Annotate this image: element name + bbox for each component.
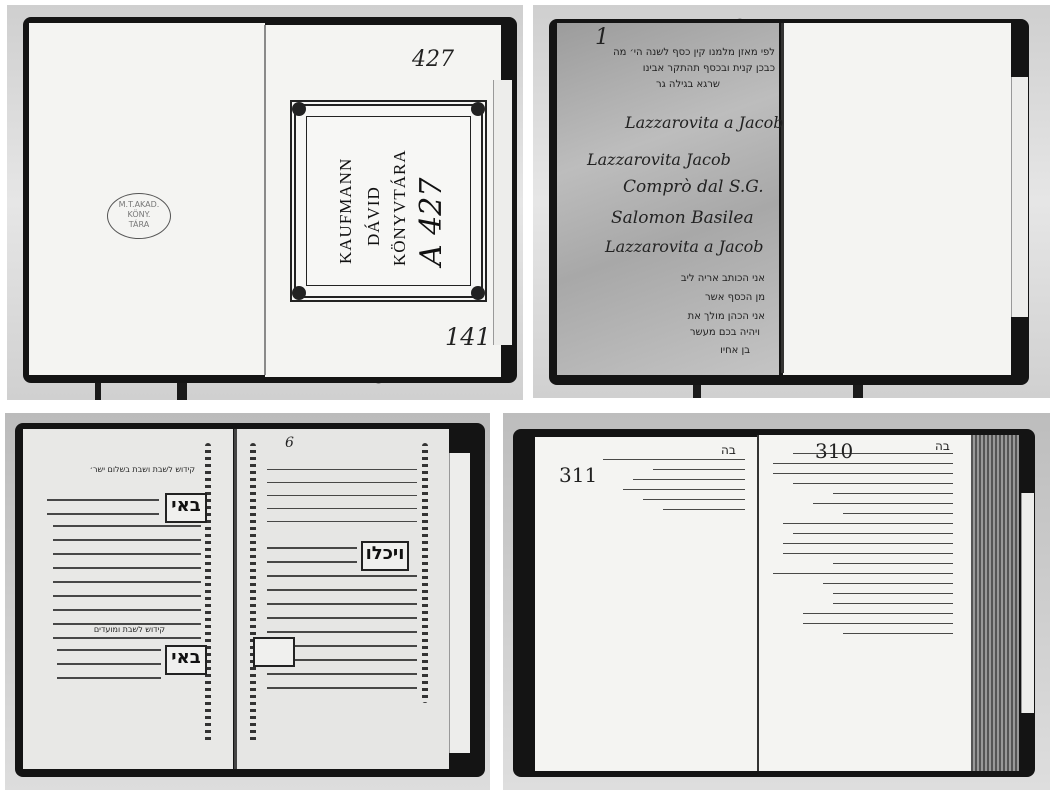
loose-leaf-edge (1021, 493, 1034, 713)
hebrew-inscription-line: מן הכסף אשר (705, 292, 765, 303)
stamp-line: TÁRA (108, 220, 170, 230)
page-gutter (757, 435, 759, 771)
decorated-ornament-box (253, 637, 295, 667)
hebrew-inscription-line: לפי מאזן מלמנו קין כסף לשנה הי׳ מה (613, 47, 775, 58)
bookplate: KAUFMANN DÁVID KÖNYVTÁRA A 427 (290, 100, 487, 302)
hebrew-inscription-line: שרגא בגילה גר (656, 79, 720, 90)
loose-leaf-edge (449, 453, 470, 753)
bookplate-line-kaufmann: KAUFMANN (336, 158, 356, 264)
decorated-initial-word: באי (165, 645, 207, 675)
corner-ornament-icon (292, 102, 306, 116)
hebrew-inscription-line: כבכן קנית ובכסף תהתקר אבינו (643, 63, 775, 74)
folio-number-top: 427 (412, 47, 454, 72)
hebrew-inscription-line: בן אחיו (720, 345, 750, 356)
oval-library-stamp: M.T.AKAD. KÖNY. TÁRA (107, 193, 171, 239)
latin-inscription: Lazzarovita a Jacob (625, 113, 783, 132)
heading-line: קידוש לשבת ומועדים (94, 625, 165, 634)
hebrew-inscription-line: ויהיה בכם מעשר (690, 327, 760, 338)
corner-ornament-icon (292, 286, 306, 300)
corner-ornament-icon (471, 102, 485, 116)
folio-number-bottom: 141 (445, 323, 491, 351)
page-gutter (781, 23, 784, 373)
hebrew-inscription-line: אני הכותב אריה ליב (681, 273, 765, 284)
text-block (57, 649, 161, 691)
margin-ornament (205, 443, 211, 743)
margin-ornament (250, 443, 256, 743)
stamp-line: KÖNY. (108, 210, 170, 220)
photo-panel-bottom-right: 311 310 בה בה (503, 413, 1050, 790)
text-block (267, 547, 357, 575)
right-page-blank (783, 23, 1011, 375)
corner-ornament-icon (471, 286, 485, 300)
hebrew-inscription-line: אני הכהן מולך את (688, 311, 765, 322)
shelfmark-handwritten: A 427 (414, 178, 449, 266)
text-block (47, 499, 159, 527)
photo-panel-bottom-left: 6 קידוש לשבת ושבת בשלום ישר׳ באי קידוש ל… (5, 413, 490, 790)
index-entries-left (603, 459, 745, 519)
latin-inscription: Comprò dal S.G. (623, 177, 764, 197)
page-gutter (234, 429, 237, 769)
latin-inscription: Lazzarovita a Jacob (605, 237, 763, 256)
column-header: בה (721, 443, 736, 457)
page-marker: 6 (285, 435, 294, 451)
heading-line: קידוש לשבת ושבת בשלום ישר׳ (90, 465, 195, 474)
bookplate-line-konyvtara: KÖNYVTÁRA (390, 149, 410, 266)
index-entries-right (773, 453, 953, 643)
latin-inscription: Lazzarovita Jacob (587, 150, 731, 169)
decorated-initial-word: באי (165, 493, 207, 523)
latin-inscription: Salomon Basilea (611, 208, 754, 228)
decorated-initial-word: ויכלו (361, 541, 409, 571)
text-block (267, 469, 417, 534)
folio-number-left: 311 (559, 463, 597, 487)
margin-ornament (422, 443, 428, 703)
page-marker: 1 (595, 25, 609, 50)
column-header: בה (935, 439, 950, 453)
photo-panel-top-right: 1 לפי מאזן מלמנו קין כסף לשנה הי׳ מה כבכ… (533, 5, 1050, 398)
loose-leaf-edge (493, 80, 512, 345)
bookplate-line-david: DÁVID (364, 186, 384, 246)
page-gutter (264, 25, 266, 375)
page-block-edges (971, 435, 1019, 771)
stamp-line: M.T.AKAD. (108, 200, 170, 210)
left-page-inscribed (557, 23, 779, 375)
photo-panel-top-left: M.T.AKAD. KÖNY. TÁRA 427 141 KAUFMANN DÁ… (7, 5, 523, 400)
loose-leaf-edge (1011, 77, 1028, 317)
